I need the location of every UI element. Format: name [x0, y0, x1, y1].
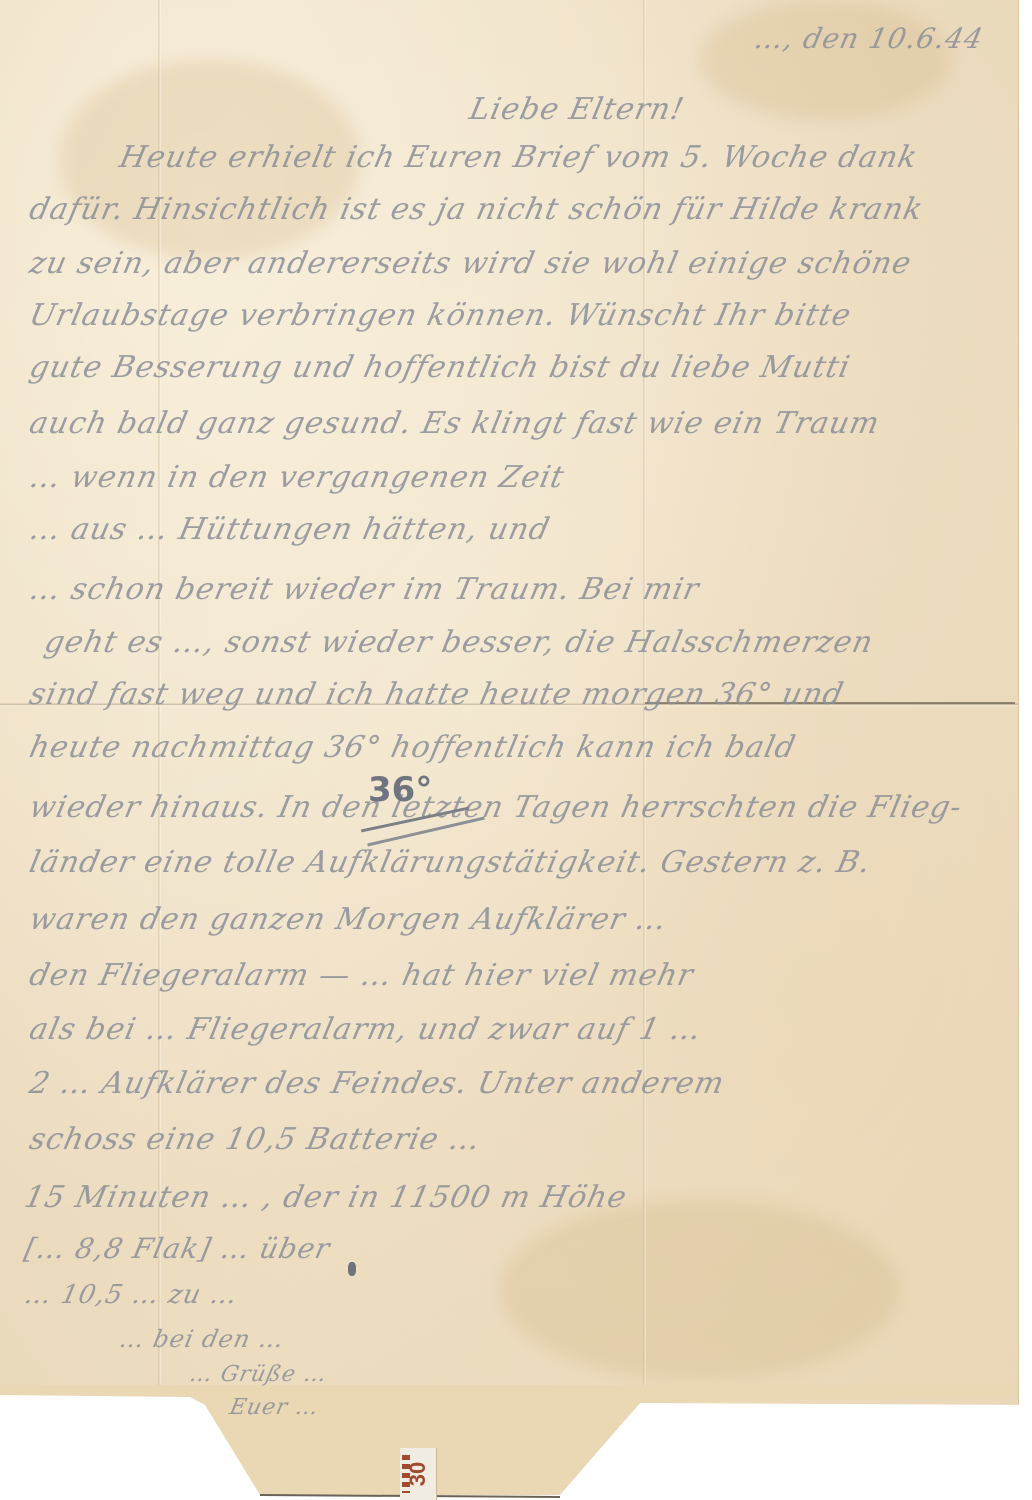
letter-line: schoss eine 10,5 Batterie …: [26, 1122, 484, 1157]
letter-line: 2 … Aufklärer des Feindes. Unter anderem: [26, 1066, 727, 1101]
letter-line: … bei den …: [117, 1325, 287, 1353]
letter-line: dafür. Hinsichtlich ist es ja nicht schö…: [26, 192, 926, 227]
letter-line: [… 8,8 Flak] … über: [21, 1232, 333, 1265]
letter-line: 15 Minuten … , der in 11500 m Höhe: [21, 1180, 630, 1215]
letter-line: wieder hinaus. In den letzten Tagen herr…: [26, 790, 965, 825]
letter-line: heute nachmittag 36° hoffentlich kann ic…: [26, 730, 799, 765]
letter-line: länder eine tolle Aufklärungstätigkeit. …: [26, 845, 874, 880]
paper-stain: [500, 1200, 900, 1380]
letter-line: … 10,5 … zu …: [22, 1280, 241, 1310]
letter-line: Urlaubstage verbringen können. Wünscht I…: [26, 298, 854, 333]
letter-line: zu sein, aber andererseits wird sie wohl…: [26, 246, 915, 281]
ink-blot: [348, 1262, 356, 1276]
letter-line: … Grüße …: [187, 1362, 329, 1387]
letter-line: den Fliegeralarm — … hat hier viel mehr: [26, 958, 697, 993]
letter-line: waren den ganzen Morgen Aufklärer …: [26, 902, 670, 937]
letter-line: gute Besserung und hoffentlich bist du l…: [26, 350, 853, 385]
emphasized-temperature: 36°: [368, 770, 432, 810]
letter-line: … aus … Hüttungen hätten, und: [26, 512, 553, 547]
letter-line: Euer …: [227, 1395, 321, 1420]
letter-line: Heute erhielt ich Euren Brief vom 5. Woc…: [116, 140, 921, 175]
letter-date: …, den 10.6.44: [751, 22, 986, 55]
salutation: Liebe Eltern!: [466, 92, 687, 127]
letter-line: geht es …, sonst wieder besser, die Hals…: [41, 625, 876, 660]
letter-line: auch bald ganz gesund. Es klingt fast wi…: [26, 406, 883, 441]
stamp-bars: [402, 1455, 410, 1493]
letter-line: … wenn in den vergangenen Zeit: [26, 460, 567, 495]
letter-line: … schon bereit wieder im Traum. Bei mir: [26, 572, 702, 607]
letter-line: als bei … Fliegeralarm, und zwar auf 1 …: [26, 1012, 705, 1047]
letter-line: sind fast weg und ich hatte heute morgen…: [26, 677, 847, 712]
paper-stain: [700, 0, 950, 120]
